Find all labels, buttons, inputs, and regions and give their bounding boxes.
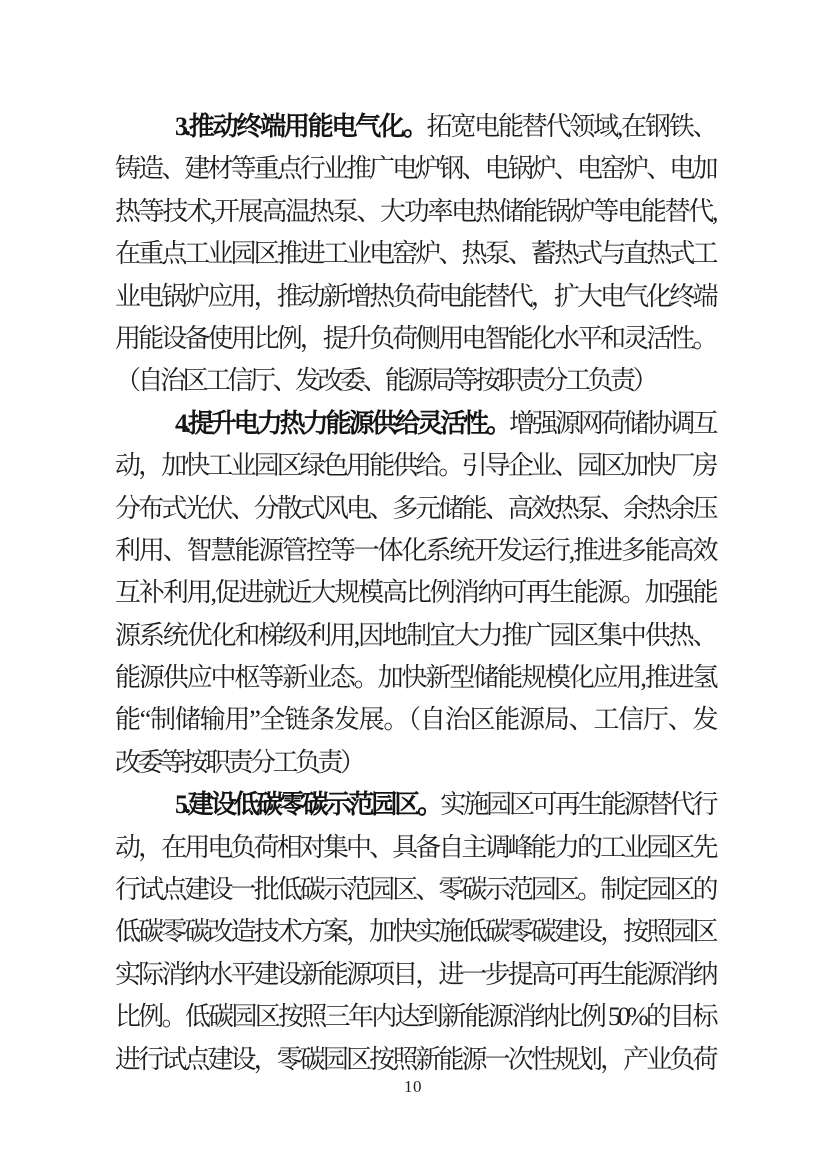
text-line: 行试点建设一批低碳示范园区、零碳示范园区。制定园区的 xyxy=(115,869,715,911)
text-line: 在重点工业园区推进工业电窑炉、热泵、蓄热式与直热式工 xyxy=(115,233,715,275)
text-line: 动，在用电负荷相对集中、具备自主调峰能力的工业园区先 xyxy=(115,827,715,869)
text-line: 比例。低碳园区按照三年内达到新能源消纳比例 50%的目标 xyxy=(115,996,715,1038)
document-page: 3.推动终端用能电气化。拓宽电能替代领域,在钢铁、 铸造、建材等重点行业推广电炉… xyxy=(0,0,826,1169)
text-line: 利用、智慧能源管控等一体化系统开发运行,推进多能高效 xyxy=(115,530,715,572)
text-run: 拓宽电能替代领域,在钢铁、 xyxy=(427,112,715,141)
document-body: 3.推动终端用能电气化。拓宽电能替代领域,在钢铁、 铸造、建材等重点行业推广电炉… xyxy=(115,106,715,1081)
text-line: 动，加快工业园区绿色用能供给。引导企业、园区加快厂房 xyxy=(115,445,715,487)
section-heading: 3.推动终端用能电气化。 xyxy=(175,112,427,141)
text-line: 热等技术,开展高温热泵、大功率电热储能锅炉等电能替代, xyxy=(115,191,715,233)
text-line: 进行试点建设，零碳园区按照新能源一次性规划，产业负荷 xyxy=(115,1039,715,1081)
text-run: 实施园区可再生能源替代行 xyxy=(440,790,715,819)
text-line: 铸造、建材等重点行业推广电炉钢、电锅炉、电窑炉、电加 xyxy=(115,148,715,190)
text-line: 3.推动终端用能电气化。拓宽电能替代领域,在钢铁、 xyxy=(115,106,715,148)
text-line: 能源供应中枢等新业态。加快新型储能规模化应用,推进氢 xyxy=(115,657,715,699)
text-line: （自治区工信厅、发改委、能源局等按职责分工负责） xyxy=(115,360,715,402)
section-heading: 4.提升电力热力能源供给灵活性。 xyxy=(175,409,509,438)
text-line: 源系统优化和梯级利用,因地制宜大力推广园区集中供热、 xyxy=(115,615,715,657)
text-line: 低碳零碳改造技术方案，加快实施低碳零碳建设，按照园区 xyxy=(115,911,715,953)
text-line: 改委等按职责分工负责） xyxy=(115,742,715,784)
text-line: 互补利用,促进就近大规模高比例消纳可再生能源。加强能 xyxy=(115,572,715,614)
text-line: 5.建设低碳零碳示范园区。实施园区可再生能源替代行 xyxy=(115,784,715,826)
paragraph-5: 5.建设低碳零碳示范园区。实施园区可再生能源替代行 动，在用电负荷相对集中、具备… xyxy=(115,784,715,1081)
text-line: 4.提升电力热力能源供给灵活性。增强源网荷储协调互 xyxy=(115,403,715,445)
paragraph-4: 4.提升电力热力能源供给灵活性。增强源网荷储协调互 动，加快工业园区绿色用能供给… xyxy=(115,403,715,785)
section-heading: 5.建设低碳零碳示范园区。 xyxy=(175,790,440,819)
text-run: 增强源网荷储协调互 xyxy=(509,409,715,438)
paragraph-3: 3.推动终端用能电气化。拓宽电能替代领域,在钢铁、 铸造、建材等重点行业推广电炉… xyxy=(115,106,715,403)
text-line: 用能设备使用比例，提升负荷侧用电智能化水平和灵活性。 xyxy=(115,318,715,360)
text-line: 能“制储输用”全链条发展。（自治区能源局、工信厅、发 xyxy=(115,699,715,741)
text-line: 实际消纳水平建设新能源项目，进一步提高可再生能源消纳 xyxy=(115,954,715,996)
text-line: 分布式光伏、分散式风电、多元储能、高效热泵、余热余压 xyxy=(115,488,715,530)
text-line: 业电锅炉应用，推动新增热负荷电能替代，扩大电气化终端 xyxy=(115,276,715,318)
page-number: 10 xyxy=(0,1077,826,1097)
